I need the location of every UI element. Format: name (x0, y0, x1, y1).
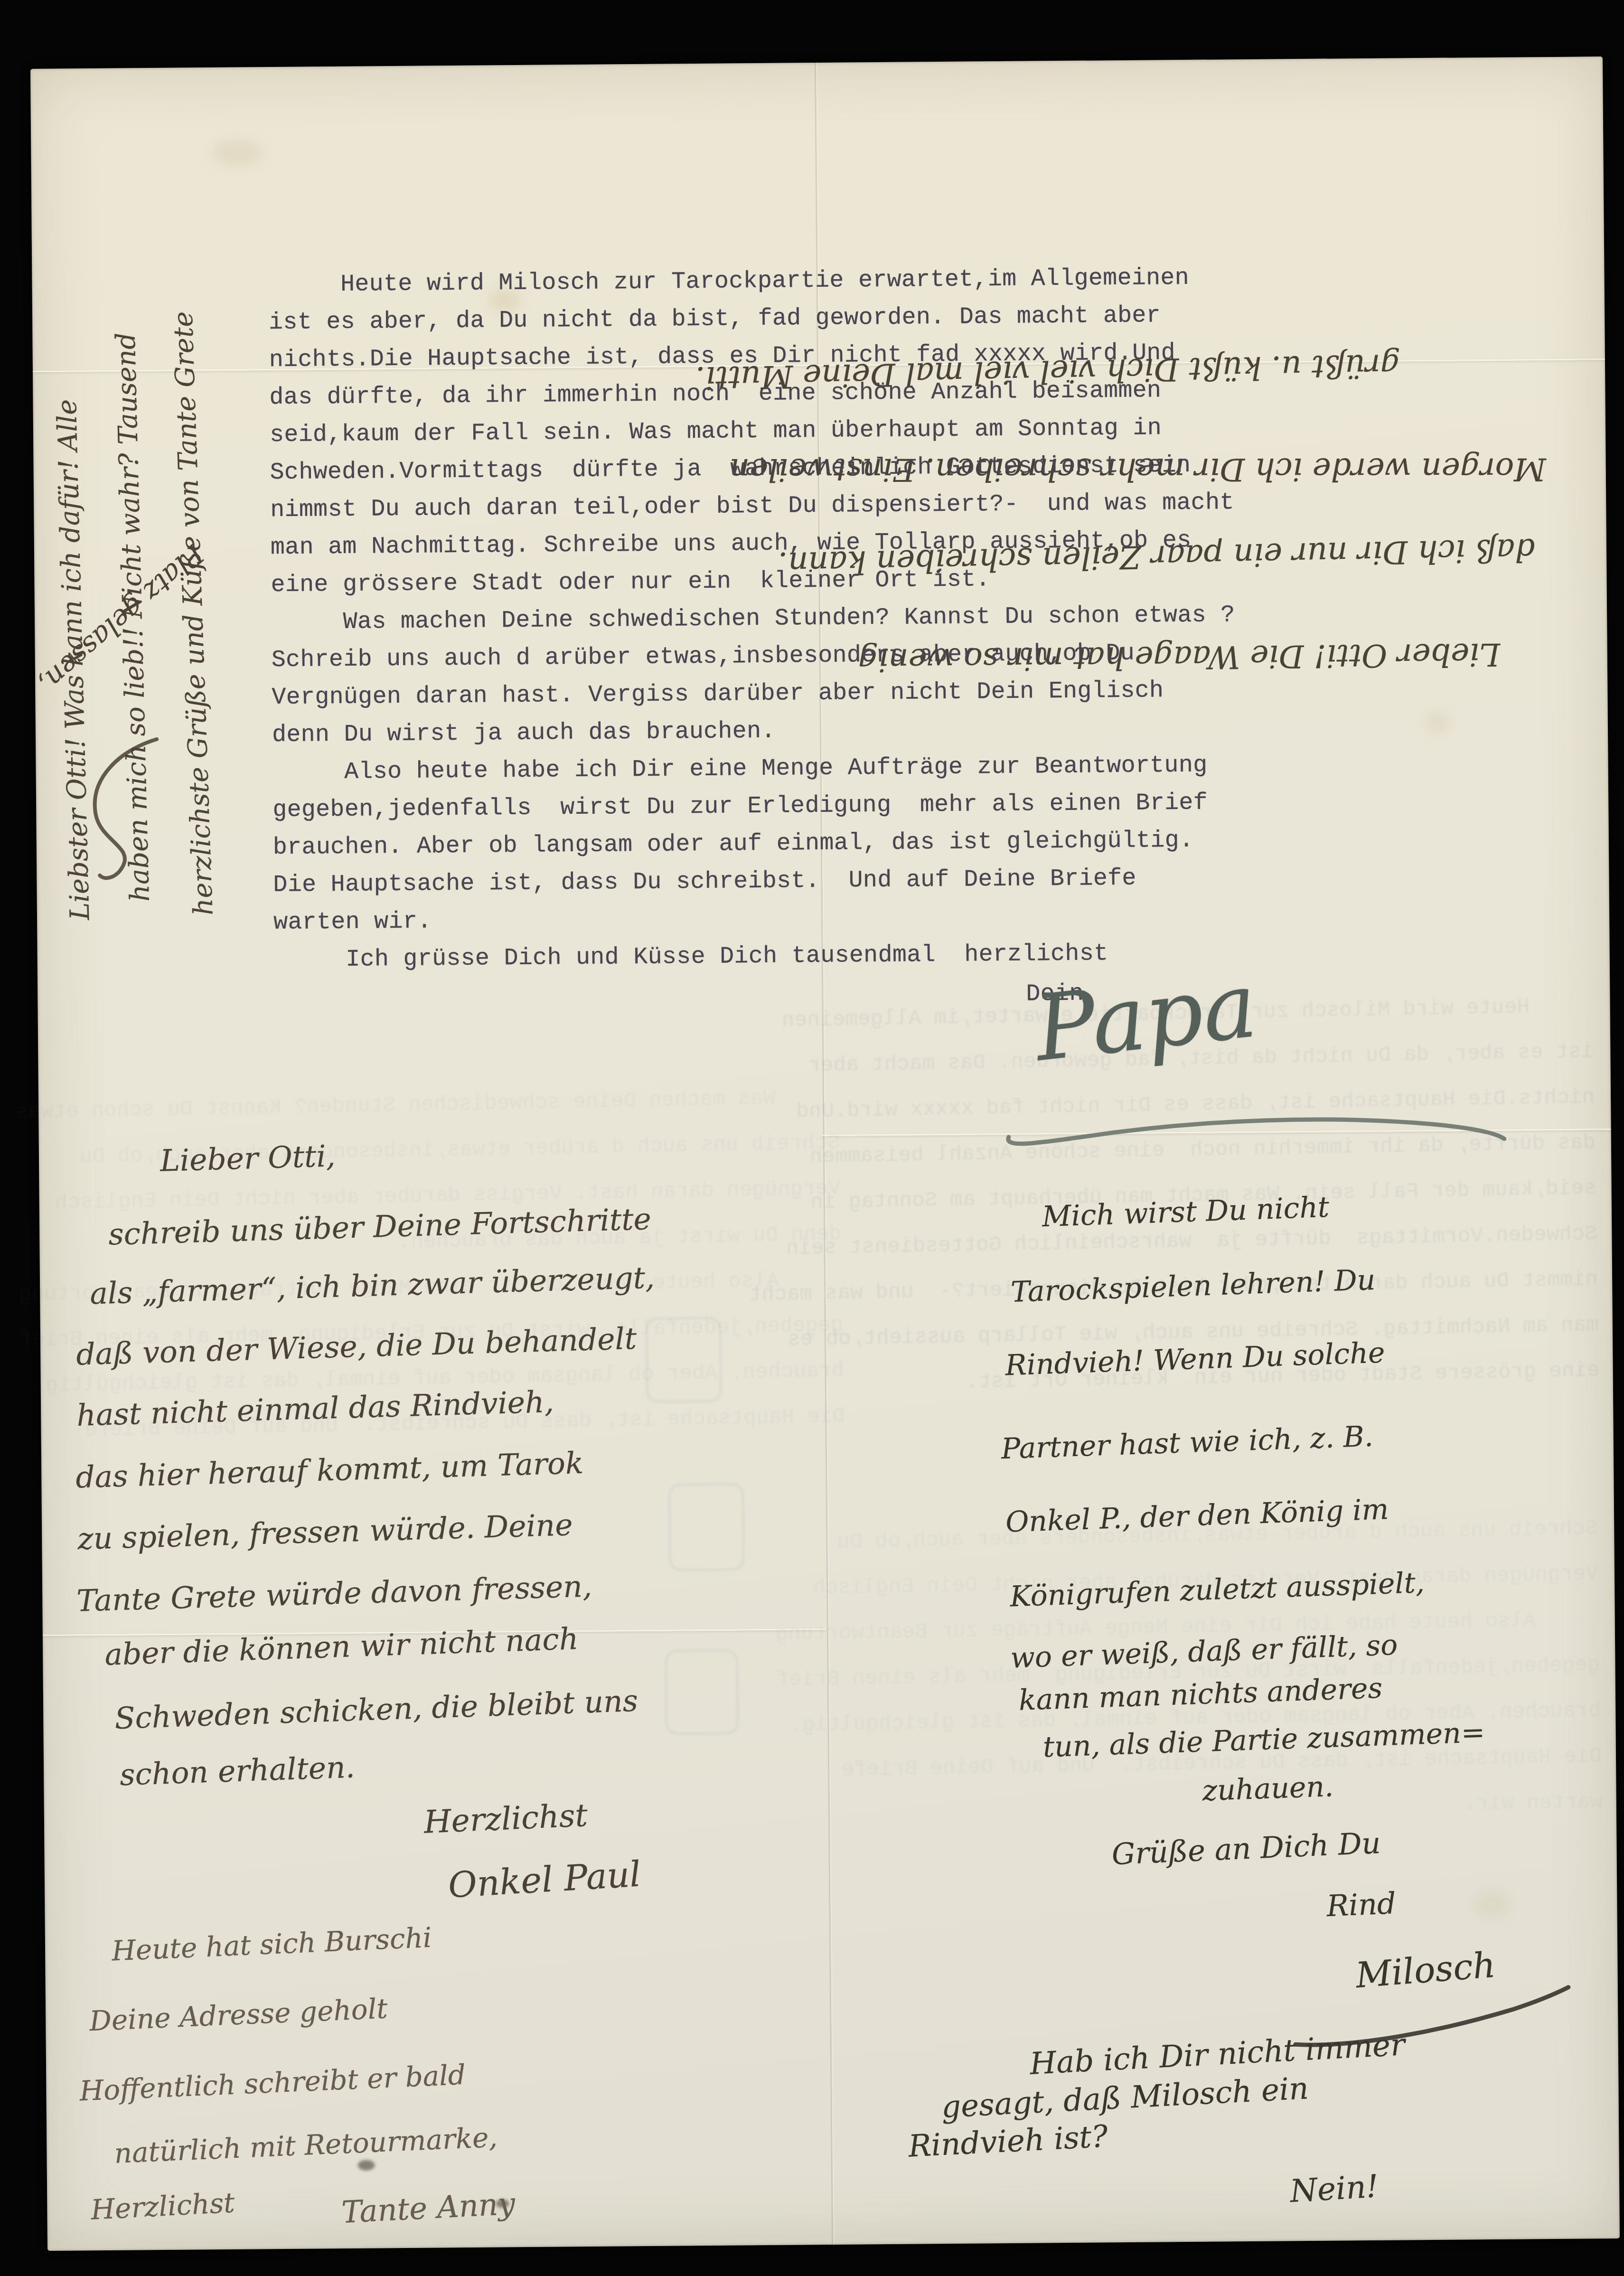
anny-note-line: Deine Adresse geholt (89, 1992, 388, 2037)
anny-closing: Herzlichst (90, 2186, 235, 2226)
papa-signature-underline (1000, 1088, 1513, 1163)
ink-flourish (76, 733, 168, 890)
letter-scan: Heute wird Milosch zur Tarockpartie erwa… (0, 0, 1624, 2276)
paul-note-line: das hier herauf kommt, um Tarok (75, 1446, 584, 1495)
paul-note-line: Lieber Otti, (160, 1138, 336, 1178)
typed-letter-body: Heute wird Milosch zur Tarockpartie erwa… (268, 256, 1584, 979)
verso-stamp-ghost (665, 1649, 739, 1735)
paul-closing: Herzlichst (423, 1797, 588, 1841)
anny-note-line: Heute hat sich Burschi (111, 1921, 432, 1967)
milosch-closing-line: Rind (1326, 1886, 1397, 1923)
paul-note-line: Schweden schicken, die bleibt uns (114, 1683, 638, 1736)
anny-signature: Tante Anny (341, 2186, 516, 2230)
ps-line: Hab ich Dir nicht immer (1029, 2027, 1406, 2082)
foxing-spot (1474, 1890, 1511, 1919)
paul-note-line: Tante Grete würde davon fressen, (76, 1569, 592, 1618)
margin-note-line: herzlichste Grüße und Küße von Tante Gre… (165, 238, 219, 916)
paul-note-line: aber die können wir nicht nach (104, 1621, 579, 1672)
paul-note-line: schon erhalten. (119, 1749, 356, 1792)
verso-stamp-ghost (668, 1483, 744, 1571)
anny-note-line: natürlich mit Retourmarke, (113, 2121, 498, 2169)
ps-answer: Nein! (1289, 2168, 1380, 2210)
ink-smudge (358, 2160, 375, 2171)
ps-line: Rindvieh ist? (908, 2119, 1109, 2164)
paper-sheet: Heute wird Milosch zur Tarockpartie erwa… (30, 56, 1620, 2251)
milosch-note-line: zuhauen. (1202, 1770, 1334, 1807)
paul-note-line: zu spielen, fressen würde. Deine (77, 1507, 573, 1556)
paul-signature: Onkel Paul (447, 1854, 642, 1906)
milosch-note-line: Partner hast wie ich, z. B. (1001, 1420, 1374, 1466)
anny-note-line: Hoffentlich schreibt er bald (79, 2059, 466, 2107)
ps-line: gesagt, daß Milosch ein (940, 2071, 1309, 2125)
